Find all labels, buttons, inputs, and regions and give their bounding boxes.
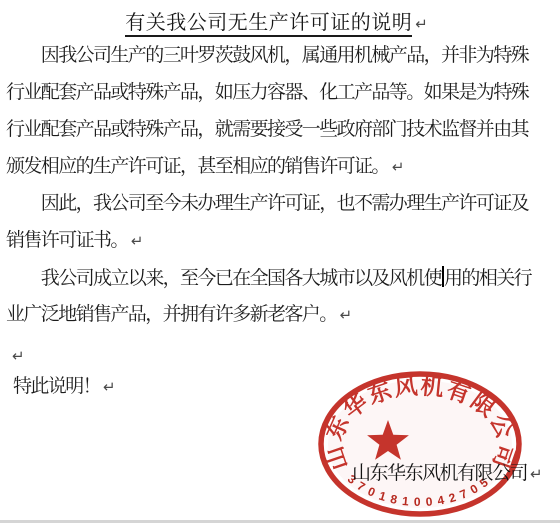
body-text: 我公司成立以来，至今已在全国各大城市以及风机使 [6, 268, 441, 289]
signature-line[interactable]: 山东华东风机有限公司↵ [352, 458, 543, 485]
document-title-line: 有关我公司无生产许可证的说明↵ [0, 6, 553, 35]
company-seal-stamp: 山东华东风机有限公司 3701810042705 [315, 368, 527, 528]
body-text: 用的相关行 [444, 268, 531, 289]
paragraph-mark-icon: ↵ [530, 465, 543, 483]
body-text: 行业配套产品或特殊产品，就需要接受一些政府部门技术监督并由其 [6, 119, 528, 140]
body-line-2[interactable]: 行业配套产品或特殊产品，如压力容器、化工产品等。如果是为特殊 [6, 81, 558, 105]
signature-company-name: 山东华东风机有限公司 [352, 463, 527, 484]
body-line-3[interactable]: 行业配套产品或特殊产品，就需要接受一些政府部门技术监督并由其 [6, 118, 558, 142]
paragraph-mark-icon: ↵ [131, 232, 144, 250]
paragraph-mark-icon: ↵ [340, 306, 353, 324]
paragraph-mark-icon: ↵ [392, 158, 405, 176]
paragraph-mark-icon: ↵ [415, 15, 428, 33]
empty-paragraph[interactable]: ↵ [6, 344, 558, 368]
body-line-8[interactable]: 业广泛地销售产品，并拥有许多新老客户。↵ [6, 303, 558, 327]
body-line-7[interactable]: 我公司成立以来，至今已在全国各大城市以及风机使用的相关行 [6, 266, 558, 291]
body-text: 颁发相应的生产许可证，甚至相应的销售许可证。 [6, 156, 389, 177]
closing-text: 特此说明！ [13, 376, 100, 397]
body-text: 行业配套产品或特殊产品，如压力容器、化工产品等。如果是为特殊 [6, 82, 528, 103]
document-title[interactable]: 有关我公司无生产许可证的说明 [125, 12, 412, 37]
body-text: 因我公司生产的三叶罗茨鼓风机，属通用机械产品，并非为特殊 [6, 45, 528, 66]
paragraph-mark-icon: ↵ [103, 378, 116, 396]
document-page: 有关我公司无生产许可证的说明↵ 因我公司生产的三叶罗茨鼓风机，属通用机械产品，并… [0, 0, 560, 528]
body-line-1[interactable]: 因我公司生产的三叶罗茨鼓风机，属通用机械产品，并非为特殊 [6, 44, 558, 68]
body-text: 因此，我公司至今未办理生产许可证，也不需办理生产许可证及 [6, 193, 528, 214]
paragraph-mark-icon: ↵ [12, 347, 25, 365]
body-text: 销售许可证书。 [6, 230, 128, 251]
body-line-6[interactable]: 销售许可证书。↵ [6, 229, 558, 253]
body-line-4[interactable]: 颁发相应的生产许可证，甚至相应的销售许可证。↵ [6, 155, 558, 179]
body-text: 业广泛地销售产品，并拥有许多新老客户。 [6, 304, 337, 325]
page-bottom-divider [0, 520, 560, 523]
seal-graphic: 山东华东风机有限公司 3701810042705 [315, 368, 527, 528]
body-line-5[interactable]: 因此，我公司至今未办理生产许可证，也不需办理生产许可证及 [6, 192, 558, 216]
